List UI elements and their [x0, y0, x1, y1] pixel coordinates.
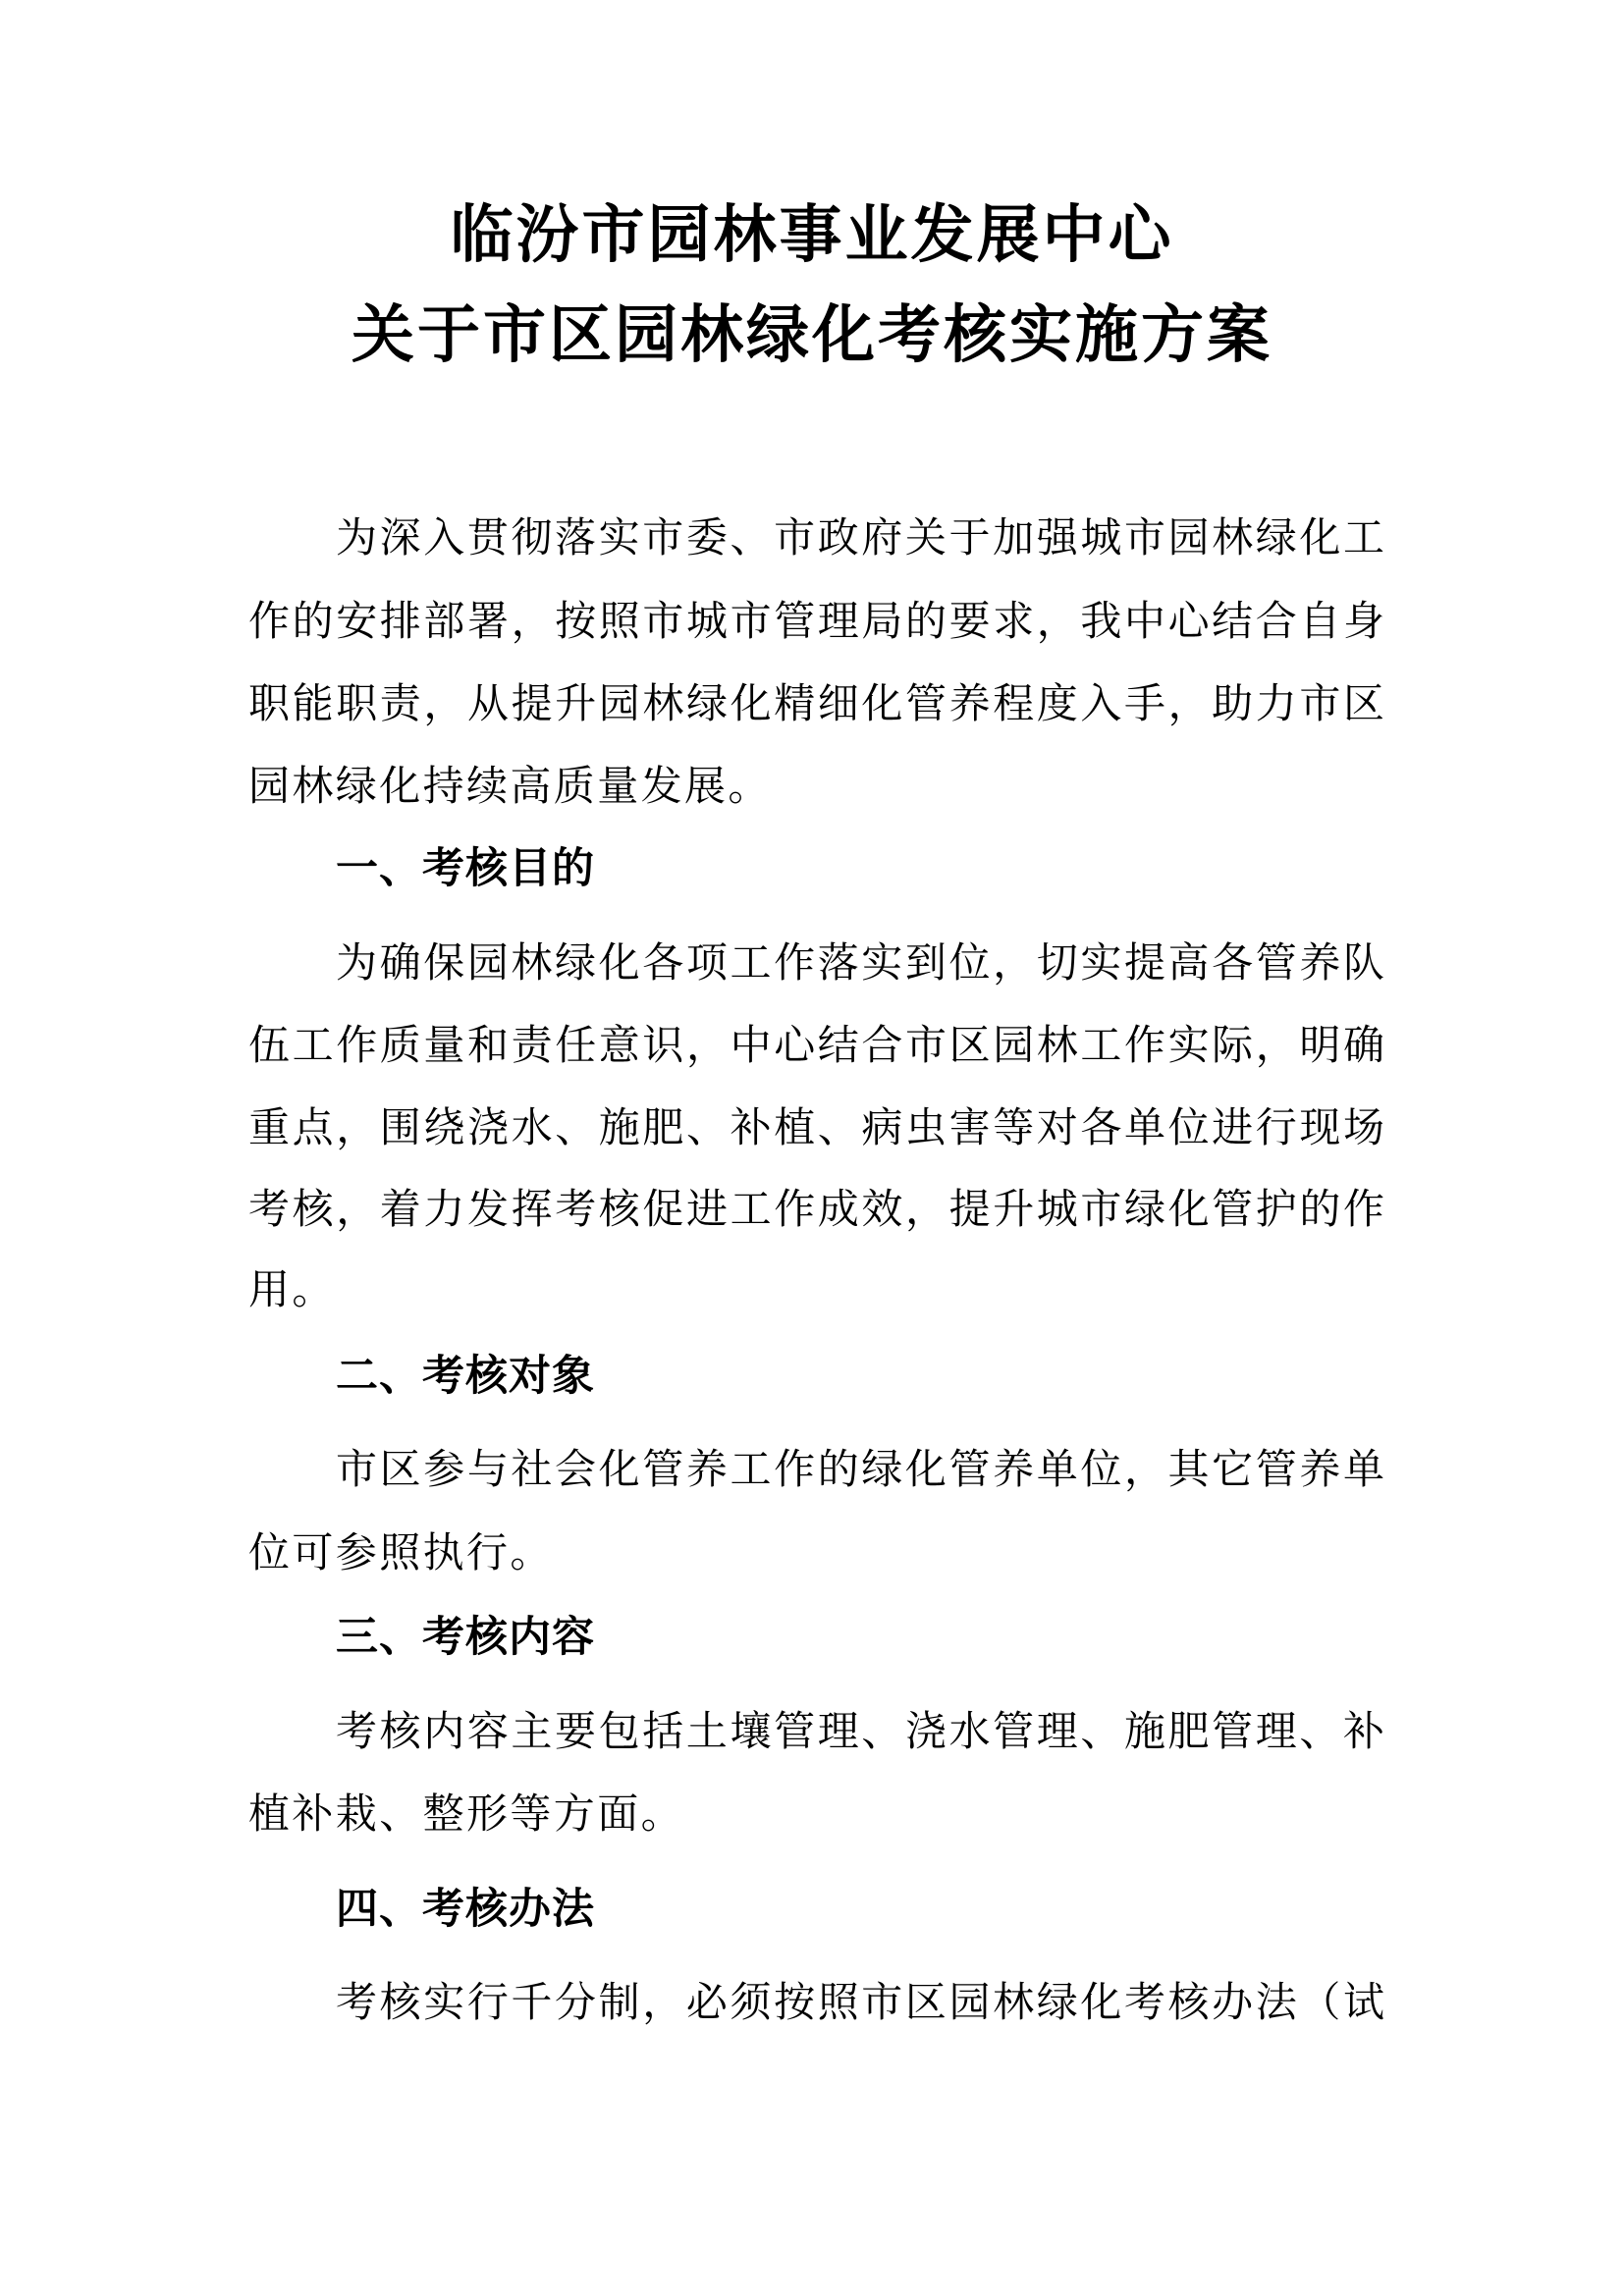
paragraph-line: 园林绿化持续高质量发展。	[248, 745, 1384, 828]
paragraph-line: 市区参与社会化管养工作的绿化管养单位，其它管养单	[336, 1428, 1384, 1511]
paragraph-line: 为深入贯彻落实市委、市政府关于加强城市园林绿化工	[336, 497, 1384, 579]
paragraph-line: 考核，着力发挥考核促进工作成效，提升城市绿化管护的作	[248, 1168, 1384, 1251]
section-heading-targets: 二、考核对象	[336, 1335, 595, 1417]
paragraph-line: 用。	[248, 1249, 1384, 1331]
paragraph-line: 考核内容主要包括土壤管理、浇水管理、施肥管理、补	[336, 1690, 1384, 1773]
paragraph-line: 伍工作质量和责任意识，中心结合市区园林工作实际，明确	[248, 1004, 1384, 1087]
paragraph-line: 植补栽、整形等方面。	[248, 1773, 1384, 1855]
document-title-line-1: 临汾市园林事业发展中心	[0, 196, 1624, 275]
paragraph-line: 重点，围绕浇水、施肥、补植、病虫害等对各单位进行现场	[248, 1087, 1384, 1169]
section-heading-method: 四、考核办法	[336, 1868, 595, 1950]
section-heading-content: 三、考核内容	[336, 1596, 595, 1679]
section-heading-purpose: 一、考核目的	[336, 828, 595, 910]
paragraph-line: 考核实行千分制，必须按照市区园林绿化考核办法（试	[336, 1961, 1384, 2044]
paragraph-line: 职能职责，从提升园林绿化精细化管养程度入手，助力市区	[248, 663, 1384, 745]
document-title-line-2: 关于市区园林绿化考核实施方案	[0, 296, 1624, 375]
paragraph-line: 位可参照执行。	[248, 1512, 1384, 1594]
document-page: 临汾市园林事业发展中心 关于市区园林绿化考核实施方案 为深入贯彻落实市委、市政府…	[0, 0, 1624, 2296]
paragraph-line: 为确保园林绿化各项工作落实到位，切实提高各管养队	[336, 922, 1384, 1004]
paragraph-line: 作的安排部署，按照市城市管理局的要求，我中心结合自身	[248, 580, 1384, 663]
